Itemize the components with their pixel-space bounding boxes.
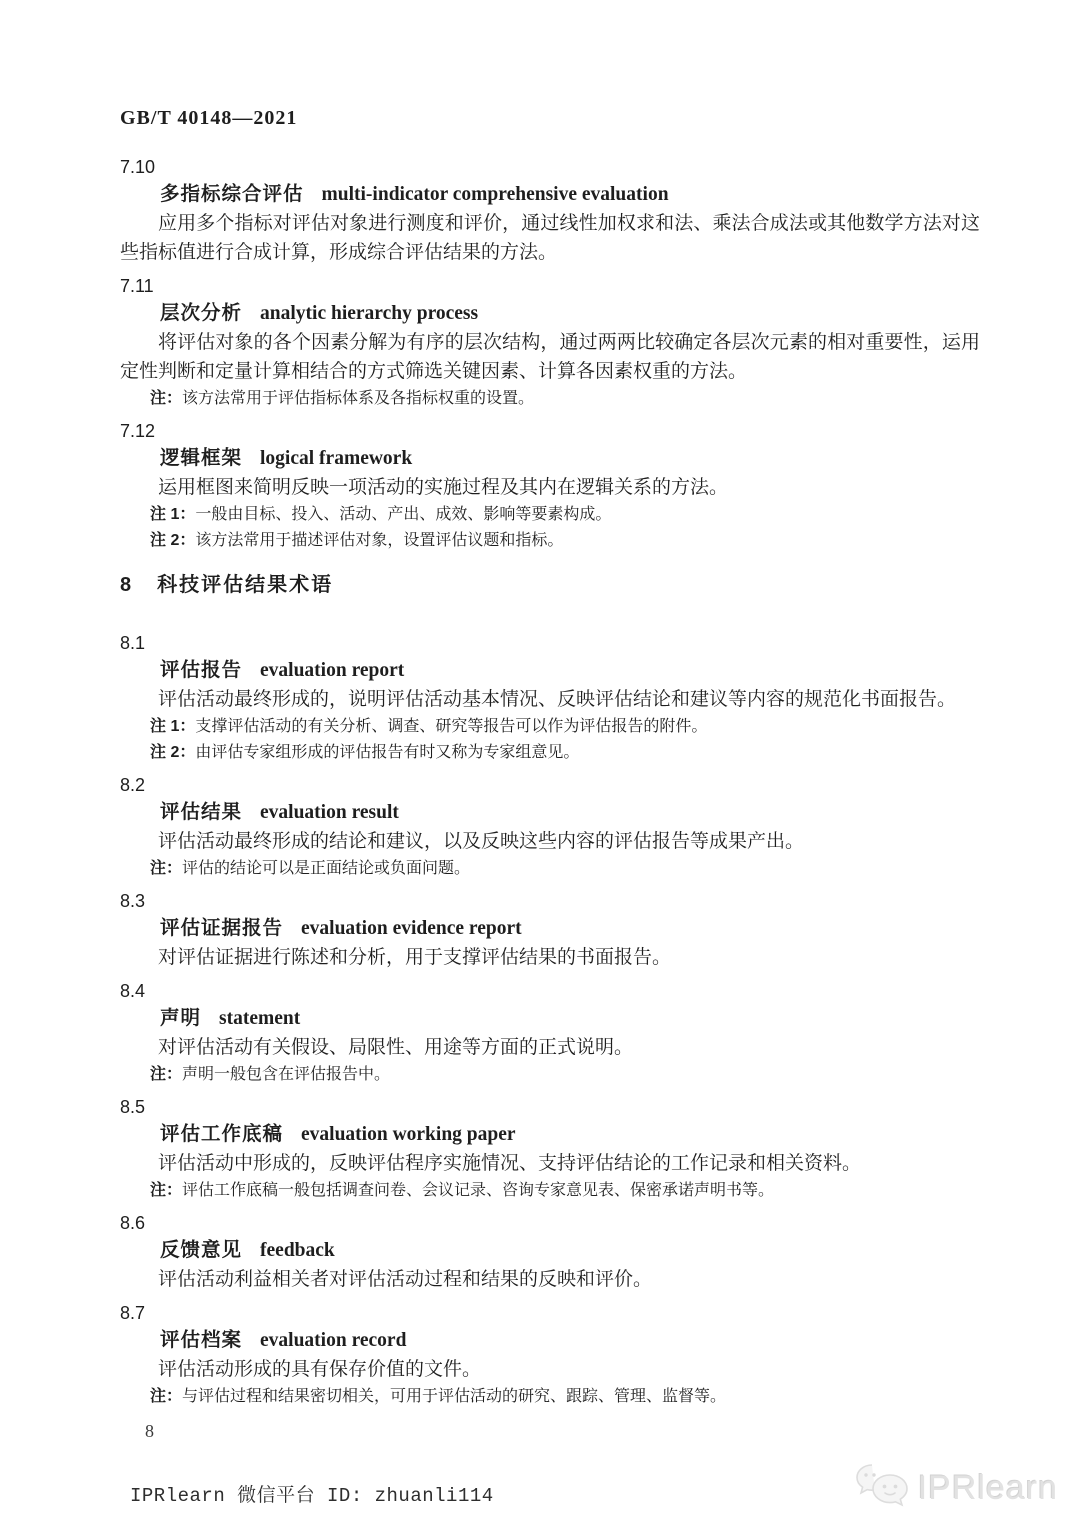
term-entry: 8.4声明statement对评估活动有关假设、局限性、用途等方面的正式说明。注… bbox=[120, 978, 980, 1088]
note-text: 该方法常用于描述评估对象，设置评估议题和指标。 bbox=[195, 532, 563, 549]
term-definition: 将评估对象的各个因素分解为有序的层次结构，通过两两比较确定各层次元素的相对重要性… bbox=[120, 328, 980, 386]
note-label: 注： bbox=[150, 860, 182, 877]
term-note: 注：与评估过程和结果密切相关，可用于评估活动的研究、跟踪、管理、监督等。 bbox=[120, 1384, 980, 1410]
term-number: 7.12 bbox=[120, 418, 980, 444]
term-name-en: evaluation evidence report bbox=[301, 918, 522, 939]
term-name-cn: 声明 bbox=[160, 1007, 201, 1029]
term-name-en: evaluation result bbox=[260, 802, 399, 823]
term-name-cn: 反馈意见 bbox=[160, 1239, 242, 1261]
note-label: 注 1： bbox=[150, 718, 195, 735]
term-entry: 8.2评估结果evaluation result评估活动最终形成的结论和建议，以… bbox=[120, 772, 980, 882]
term-number: 7.10 bbox=[120, 154, 980, 180]
term-heading: 声明statement bbox=[120, 1004, 980, 1033]
term-name-cn: 评估报告 bbox=[160, 659, 242, 681]
term-definition: 评估活动中形成的，反映评估程序实施情况、支持评估结论的工作记录和相关资料。 bbox=[120, 1149, 980, 1178]
term-definition: 运用框图来简明反映一项活动的实施过程及其内在逻辑关系的方法。 bbox=[120, 473, 980, 502]
term-entry: 8.3评估证据报告evaluation evidence report对评估证据… bbox=[120, 888, 980, 972]
chapter-heading: 8科技评估结果术语 bbox=[120, 570, 980, 600]
term-name-en: logical framework bbox=[260, 448, 412, 469]
term-name-en: statement bbox=[219, 1008, 300, 1029]
term-heading: 评估档案evaluation record bbox=[120, 1326, 980, 1355]
term-definition: 对评估活动有关假设、局限性、用途等方面的正式说明。 bbox=[120, 1033, 980, 1062]
note-label: 注 2： bbox=[150, 744, 195, 761]
term-number: 8.7 bbox=[120, 1300, 980, 1326]
term-heading: 逻辑框架logical framework bbox=[120, 444, 980, 473]
term-number: 8.1 bbox=[120, 630, 980, 656]
term-note: 注：评估工作底稿一般包括调查问卷、会议记录、咨询专家意见表、保密承诺声明书等。 bbox=[120, 1178, 980, 1204]
note-text: 声明一般包含在评估报告中。 bbox=[182, 1066, 390, 1083]
term-heading: 评估证据报告evaluation evidence report bbox=[120, 914, 980, 943]
note-label: 注： bbox=[150, 1388, 182, 1405]
term-definition: 对评估证据进行陈述和分析，用于支撑评估结果的书面报告。 bbox=[120, 943, 980, 972]
note-text: 该方法常用于评估指标体系及各指标权重的设置。 bbox=[182, 390, 534, 407]
chat-bubbles-icon bbox=[854, 1462, 912, 1515]
term-name-cn: 层次分析 bbox=[160, 302, 242, 324]
term-number: 8.5 bbox=[120, 1094, 980, 1120]
term-number: 8.2 bbox=[120, 772, 980, 798]
term-heading: 评估结果evaluation result bbox=[120, 798, 980, 827]
term-name-cn: 逻辑框架 bbox=[160, 447, 242, 469]
document-page: GB/T 40148—2021 7.10多指标综合评估multi-indicat… bbox=[0, 0, 1080, 1527]
note-label: 注 2： bbox=[150, 532, 195, 549]
term-note: 注 2：由评估专家组形成的评估报告有时又称为专家组意见。 bbox=[120, 740, 980, 766]
term-note: 注 1：一般由目标、投入、活动、产出、成效、影响等要素构成。 bbox=[120, 502, 980, 528]
chapter-title: 科技评估结果术语 bbox=[157, 574, 333, 596]
term-name-en: evaluation record bbox=[260, 1330, 406, 1351]
footer-platform-text: IPRlearn 微信平台 ID: zhuanli114 bbox=[130, 1480, 494, 1507]
chapter-number: 8 bbox=[120, 574, 131, 596]
term-entry: 8.7评估档案evaluation record评估活动形成的具有保存价值的文件… bbox=[120, 1300, 980, 1410]
term-number: 8.4 bbox=[120, 978, 980, 1004]
term-note: 注：评估的结论可以是正面结论或负面问题。 bbox=[120, 856, 980, 882]
note-text: 由评估专家组形成的评估报告有时又称为专家组意见。 bbox=[195, 744, 579, 761]
term-definition: 应用多个指标对评估对象进行测度和评价，通过线性加权求和法、乘法合成法或其他数学方… bbox=[120, 209, 980, 267]
term-note: 注：该方法常用于评估指标体系及各指标权重的设置。 bbox=[120, 386, 980, 412]
term-heading: 反馈意见feedback bbox=[120, 1236, 980, 1265]
note-label: 注 1： bbox=[150, 506, 195, 523]
term-definition: 评估活动最终形成的，说明评估活动基本情况、反映评估结论和建议等内容的规范化书面报… bbox=[120, 685, 980, 714]
note-text: 评估工作底稿一般包括调查问卷、会议记录、咨询专家意见表、保密承诺声明书等。 bbox=[182, 1182, 774, 1199]
term-name-en: multi-indicator comprehensive evaluation bbox=[322, 184, 669, 205]
watermark: IPRlearn bbox=[854, 1462, 1058, 1515]
term-number: 7.11 bbox=[120, 273, 980, 299]
term-name-cn: 评估证据报告 bbox=[160, 917, 283, 939]
note-text: 支撑评估活动的有关分析、调查、研究等报告可以作为评估报告的附件。 bbox=[195, 718, 707, 735]
term-heading: 层次分析analytic hierarchy process bbox=[120, 299, 980, 328]
term-entry: 7.12逻辑框架logical framework运用框图来简明反映一项活动的实… bbox=[120, 418, 980, 554]
terminology-content: 7.10多指标综合评估multi-indicator comprehensive… bbox=[120, 154, 980, 1410]
term-name-en: analytic hierarchy process bbox=[260, 303, 478, 324]
term-name-cn: 评估档案 bbox=[160, 1329, 242, 1351]
term-name-en: evaluation report bbox=[260, 660, 404, 681]
term-note: 注：声明一般包含在评估报告中。 bbox=[120, 1062, 980, 1088]
term-note: 注 1：支撑评估活动的有关分析、调查、研究等报告可以作为评估报告的附件。 bbox=[120, 714, 980, 740]
note-text: 评估的结论可以是正面结论或负面问题。 bbox=[182, 860, 470, 877]
term-heading: 多指标综合评估multi-indicator comprehensive eva… bbox=[120, 180, 980, 209]
term-entry: 8.5评估工作底稿evaluation working paper评估活动中形成… bbox=[120, 1094, 980, 1204]
page-number: 8 bbox=[120, 1418, 980, 1444]
term-definition: 评估活动利益相关者对评估活动过程和结果的反映和评价。 bbox=[120, 1265, 980, 1294]
doc-code: GB/T 40148—2021 bbox=[120, 104, 980, 132]
term-number: 8.3 bbox=[120, 888, 980, 914]
note-text: 一般由目标、投入、活动、产出、成效、影响等要素构成。 bbox=[195, 506, 611, 523]
term-number: 8.6 bbox=[120, 1210, 980, 1236]
term-entry: 7.11层次分析analytic hierarchy process将评估对象的… bbox=[120, 273, 980, 412]
term-heading: 评估工作底稿evaluation working paper bbox=[120, 1120, 980, 1149]
term-name-cn: 评估结果 bbox=[160, 801, 242, 823]
note-label: 注： bbox=[150, 1066, 182, 1083]
watermark-text: IPRlearn bbox=[918, 1469, 1058, 1508]
term-name-cn: 评估工作底稿 bbox=[160, 1123, 283, 1145]
term-name-en: evaluation working paper bbox=[301, 1124, 516, 1145]
term-definition: 评估活动最终形成的结论和建议，以及反映这些内容的评估报告等成果产出。 bbox=[120, 827, 980, 856]
term-entry: 8.1评估报告evaluation report评估活动最终形成的，说明评估活动… bbox=[120, 630, 980, 766]
note-label: 注： bbox=[150, 390, 182, 407]
term-entry: 7.10多指标综合评估multi-indicator comprehensive… bbox=[120, 154, 980, 267]
term-entry: 8.6反馈意见feedback评估活动利益相关者对评估活动过程和结果的反映和评价… bbox=[120, 1210, 980, 1294]
term-name-cn: 多指标综合评估 bbox=[160, 183, 304, 205]
note-label: 注： bbox=[150, 1182, 182, 1199]
term-name-en: feedback bbox=[260, 1240, 335, 1261]
term-heading: 评估报告evaluation report bbox=[120, 656, 980, 685]
term-note: 注 2：该方法常用于描述评估对象，设置评估议题和指标。 bbox=[120, 528, 980, 554]
note-text: 与评估过程和结果密切相关，可用于评估活动的研究、跟踪、管理、监督等。 bbox=[182, 1388, 726, 1405]
term-definition: 评估活动形成的具有保存价值的文件。 bbox=[120, 1355, 980, 1384]
